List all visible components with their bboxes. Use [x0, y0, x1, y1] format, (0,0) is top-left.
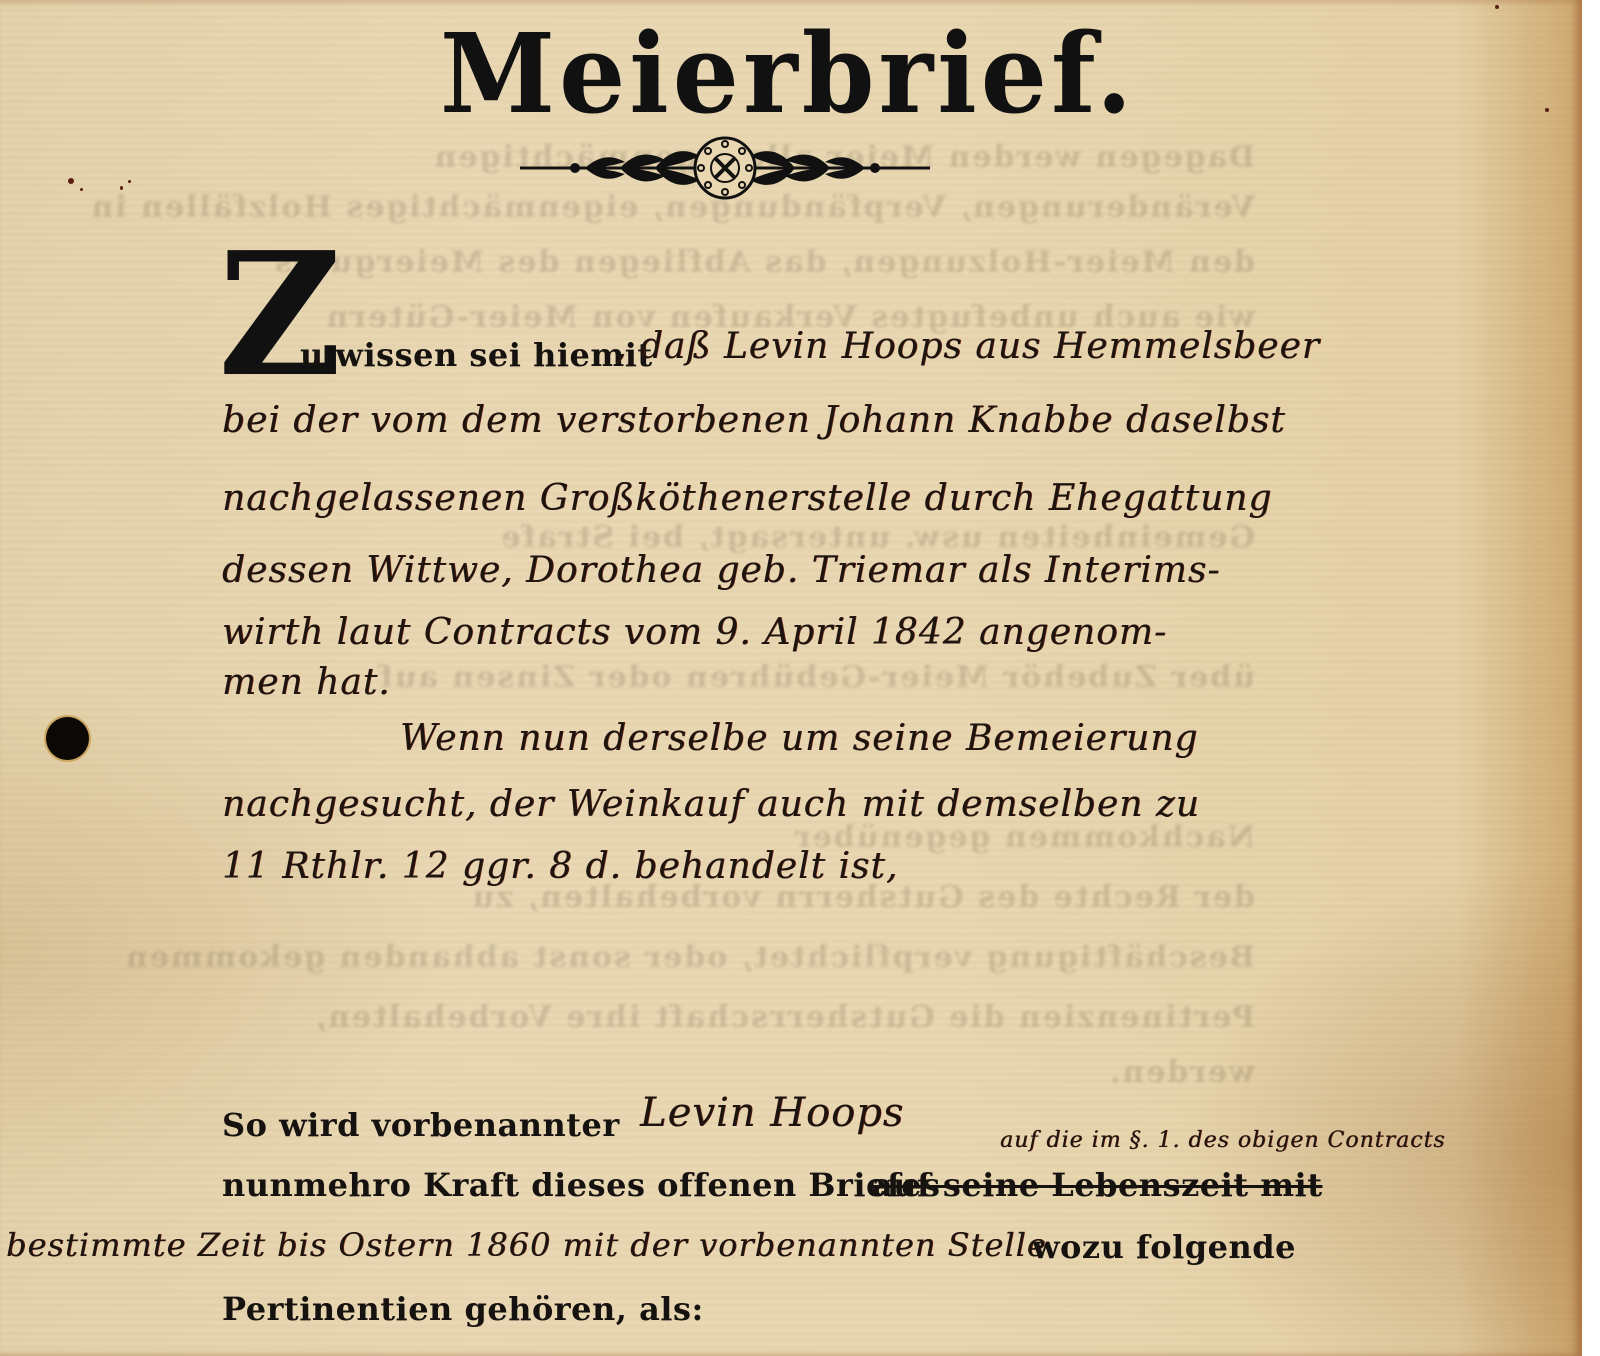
handwritten-name: Levin Hoops — [640, 1090, 904, 1136]
drop-cap: Z — [218, 230, 342, 400]
bleed-through-line: werden. — [215, 1055, 1255, 1090]
bleed-through-line: Beschäftigung verpflichtet, oder sonst a… — [215, 940, 1255, 975]
printed-intro: u wissen sei hiemit — [300, 336, 653, 374]
handwritten-insertion: auf die im §. 1. des obigen Contracts — [1000, 1128, 1446, 1153]
printed-line: Pertinentien gehören, als: — [222, 1290, 704, 1328]
handwritten-line: dessen Wittwe, Dorothea geb. Triemar als… — [222, 550, 1220, 591]
handwritten-line: , daß Levin Hoops aus Hemmelsbeer — [615, 326, 1320, 367]
handwritten-line: nachgesucht, der Weinkauf auch mit demse… — [222, 784, 1200, 825]
ink-speck — [128, 180, 131, 183]
struck-text: auf seine Lebenszeit mit — [872, 1166, 1322, 1204]
punch-hole — [46, 717, 89, 760]
handwritten-line: wirth laut Contracts vom 9. April 1842 a… — [222, 612, 1167, 653]
handwritten-line: men hat. — [222, 662, 391, 703]
printed-line: wozu folgende — [1032, 1228, 1296, 1266]
printed-line: nunmehro Kraft dieses offenen Briefes — [222, 1166, 940, 1204]
handwritten-line: bei der vom dem verstorbenen Johann Knab… — [222, 400, 1286, 441]
ink-speck — [1545, 108, 1549, 112]
bleed-through-line: Pertinenzien die Gutsherrschaft ihre Vor… — [215, 1000, 1255, 1035]
ink-speck — [80, 188, 83, 191]
bleed-through-line: den Meier-Holzungen, das Abfliegen des M… — [215, 245, 1255, 280]
printed-lead: So wird vorbenannter — [222, 1106, 620, 1144]
handwritten-line: nachgelassenen Großköthenerstelle durch … — [222, 478, 1272, 519]
laurel-ornament-icon — [515, 130, 935, 210]
document-paper: Dagegen werden Meier alle eigenmächtigen… — [0, 0, 1582, 1356]
handwritten-line: 11 Rthlr. 12 ggr. 8 d. behandelt ist, — [222, 846, 898, 887]
handwritten-line: Wenn nun derselbe um seine Bemeierung — [400, 718, 1198, 759]
document-title: Meierbrief. — [440, 11, 1060, 137]
handwritten-line: bestimmte Zeit bis Ostern 1860 mit der v… — [6, 1226, 1047, 1264]
ink-speck — [120, 186, 123, 190]
ink-speck — [68, 178, 74, 184]
ink-speck — [1495, 5, 1499, 9]
